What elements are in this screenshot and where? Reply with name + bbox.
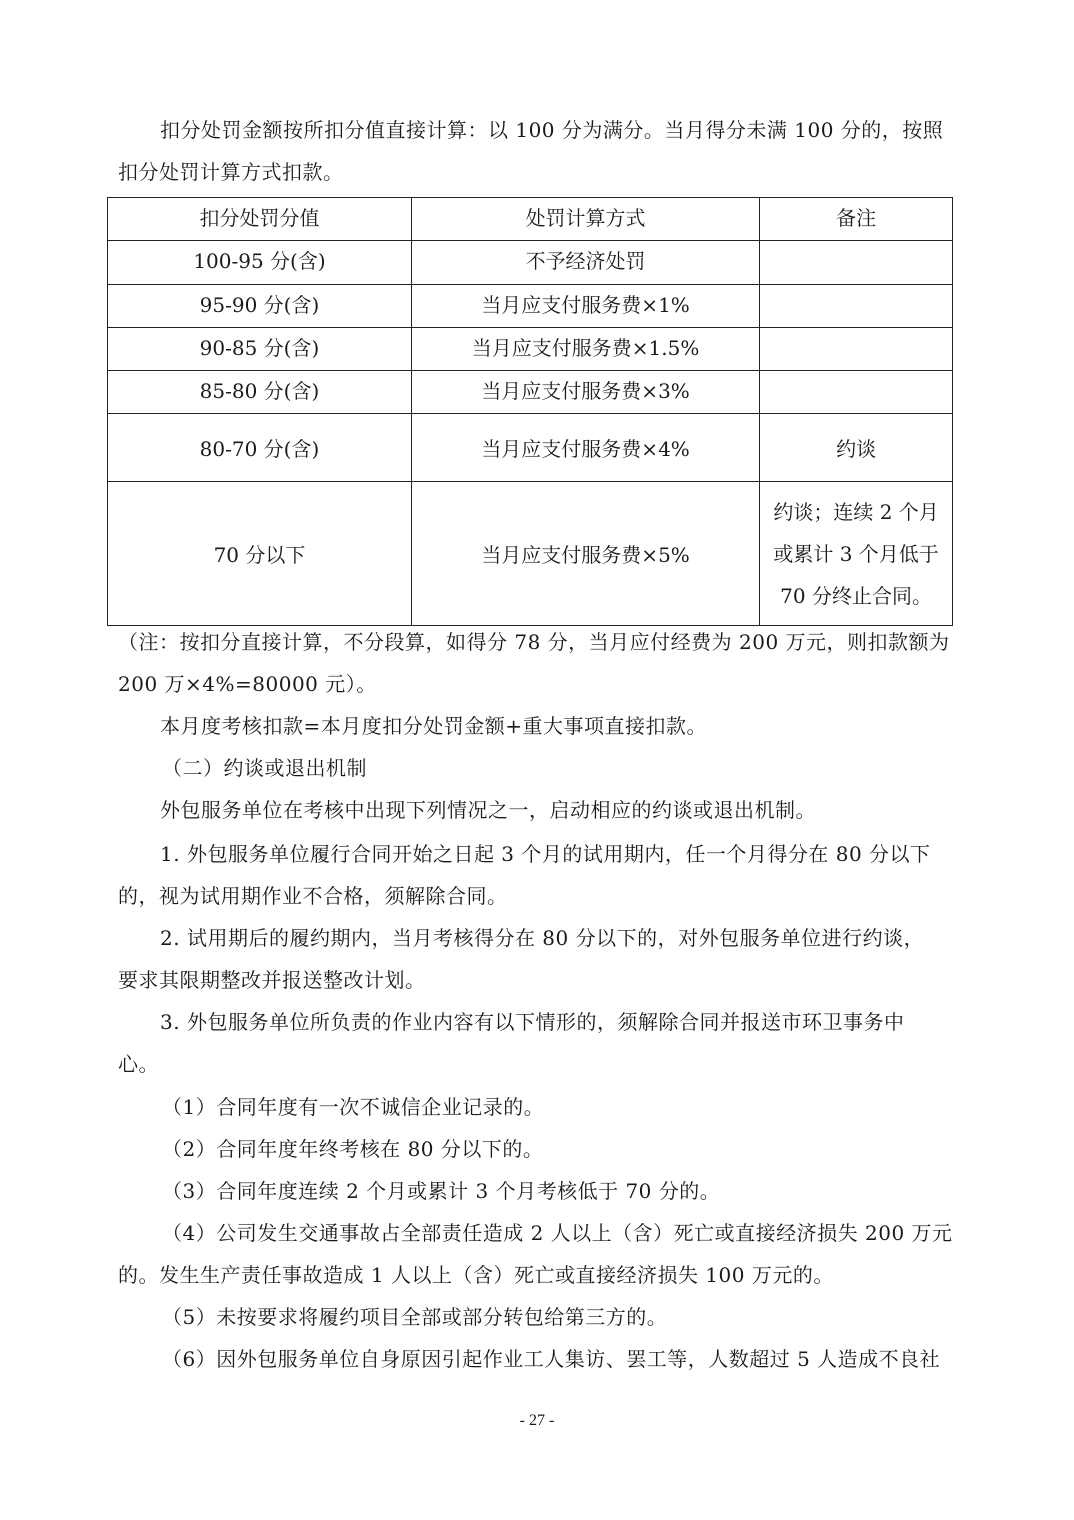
cell-remark [760,371,953,414]
subitem-2: （2）合同年度年终考核在 80 分以下的。 [162,1137,543,1161]
cell-method: 当月应支付服务费×1.5% [411,328,759,371]
table-row: 80-70 分(含) 当月应支付服务费×4% 约谈 [108,414,953,482]
cell-remark [760,328,953,371]
item-2-line-1: 2. 试用期后的履约期内，当月考核得分在 80 分以下的，对外包服务单位进行约谈… [160,926,924,950]
cell-score: 70 分以下 [108,482,412,626]
remark-line: 约谈；连续 2 个月 [764,491,948,533]
table-row: 70 分以下 当月应支付服务费×5% 约谈；连续 2 个月 或累计 3 个月低于… [108,482,953,626]
penalty-table: 扣分处罚分值 处罚计算方式 备注 100-95 分(含) 不予经济处罚 95-9… [107,197,953,626]
cell-method: 不予经济处罚 [411,241,759,285]
item-1-line-2: 的，视为试用期作业不合格，须解除合同。 [118,884,508,908]
table-row: 90-85 分(含) 当月应支付服务费×1.5% [108,328,953,371]
section-heading: （二）约谈或退出机制 [162,756,367,780]
subitem-6: （6）因外包服务单位自身原因引起作业工人集访、罢工等，人数超过 5 人造成不良社 [162,1347,940,1371]
item-2-line-2: 要求其限期整改并报送整改计划。 [118,968,426,992]
formula-text: 本月度考核扣款=本月度扣分处罚金额+重大事项直接扣款。 [160,714,707,738]
table-row: 100-95 分(含) 不予经济处罚 [108,241,953,285]
subitem-1: （1）合同年度有一次不诚信企业记录的。 [162,1095,544,1119]
cell-remark [760,241,953,285]
cell-score: 80-70 分(含) [108,414,412,482]
header-score: 扣分处罚分值 [108,198,412,241]
cell-remark [760,285,953,328]
subitem-4-line-2: 的。发生生产责任事故造成 1 人以上（含）死亡或直接经济损失 100 万元的。 [118,1263,834,1287]
note-line-1: （注：按扣分直接计算，不分段算，如得分 78 分，当月应付经费为 200 万元，… [118,630,950,654]
cell-method: 当月应支付服务费×1% [411,285,759,328]
subitem-4-line-1: （4）公司发生交通事故占全部责任造成 2 人以上（含）死亡或直接经济损失 200… [162,1221,953,1245]
page-number: - 27 - [0,1412,1074,1430]
table-row: 95-90 分(含) 当月应支付服务费×1% [108,285,953,328]
cell-remark: 约谈 [760,414,953,482]
cell-remark-multiline: 约谈；连续 2 个月 或累计 3 个月低于 70 分终止合同。 [760,482,953,626]
header-remark: 备注 [760,198,953,241]
cell-score: 95-90 分(含) [108,285,412,328]
cell-score: 85-80 分(含) [108,371,412,414]
item-3-line-2: 心。 [118,1052,159,1076]
subitem-3: （3）合同年度连续 2 个月或累计 3 个月考核低于 70 分的。 [162,1179,720,1203]
cell-method: 当月应支付服务费×3% [411,371,759,414]
remark-line: 70 分终止合同。 [764,575,948,617]
table-row: 85-80 分(含) 当月应支付服务费×3% [108,371,953,414]
table-header-row: 扣分处罚分值 处罚计算方式 备注 [108,198,953,241]
cell-method: 当月应支付服务费×4% [411,414,759,482]
intro-line-1: 扣分处罚金额按所扣分值直接计算：以 100 分为满分。当月得分未满 100 分的… [160,118,943,142]
remark-line: 或累计 3 个月低于 [764,533,948,575]
subitem-5: （5）未按要求将履约项目全部或部分转包给第三方的。 [162,1305,667,1329]
item-1-line-1: 1. 外包服务单位履行合同开始之日起 3 个月的试用期内，任一个月得分在 80 … [160,842,931,866]
intro-line-2: 扣分处罚计算方式扣款。 [118,160,344,184]
note-line-2: 200 万×4%=80000 元）。 [118,672,377,696]
cell-score: 90-85 分(含) [108,328,412,371]
cell-method: 当月应支付服务费×5% [411,482,759,626]
cell-score: 100-95 分(含) [108,241,412,285]
item-3-line-1: 3. 外包服务单位所负责的作业内容有以下情形的，须解除合同并报送市环卫事务中 [160,1010,904,1034]
header-method: 处罚计算方式 [411,198,759,241]
section-intro: 外包服务单位在考核中出现下列情况之一，启动相应的约谈或退出机制。 [160,798,816,822]
